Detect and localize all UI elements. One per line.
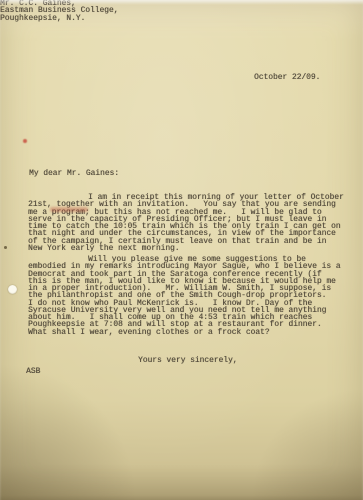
letter-date: October 22/09. [254, 74, 320, 81]
recipient-city: Poughkeepsie, N.Y. [0, 15, 363, 22]
red-pencil-mark-program [50, 207, 88, 212]
body-paragraph-2: Will you please give me some suggestions… [28, 256, 344, 336]
letter-page: October 22/09. Mr. C.C. Gaines, Eastman … [0, 0, 363, 500]
paper-top-edge [0, 0, 363, 5]
hole-punch [8, 285, 17, 294]
body-paragraph-1: I am in receipt this morning of your let… [28, 194, 344, 252]
typist-initials: ASB [26, 368, 40, 375]
red-pencil-mark-address [23, 139, 27, 143]
closing-line: Yours very sincerely, [138, 357, 237, 364]
ink-speck [4, 246, 7, 249]
salutation: My dear Mr. Gaines: [29, 170, 119, 177]
